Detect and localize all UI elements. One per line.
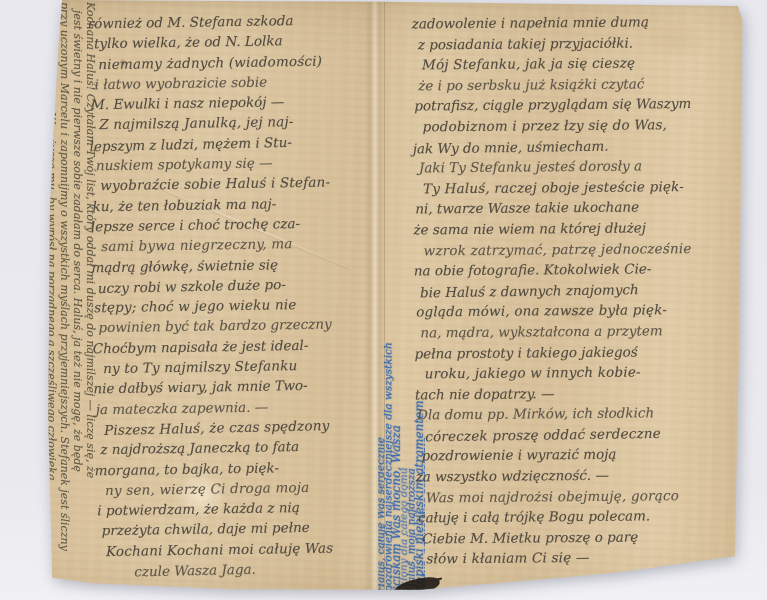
paper-shadow: Kochana Haluś! Czytałam Twój list, który…: [0, 0, 767, 600]
handwritten-line: słów i kłaniam Ci się —: [426, 547, 751, 570]
handwritten-line: pełna prostoty i takiego jakiegoś: [414, 341, 749, 365]
right-page-text: zadowolenie i napełnia mnie dumąz posiad…: [412, 12, 752, 571]
left-page-text: również od M. Stefana szkodatylko wielka…: [88, 10, 389, 583]
left-margin-vertical-text: Kochana Haluś! Czytałam Twój list, który…: [31, 2, 97, 598]
handwritten-line: całuję i całą trójkę Bogu polecam.: [418, 506, 751, 529]
handwritten-margin-line: przy uczonym Marcelu i zapomnijmy o wszy…: [58, 2, 71, 598]
scanned-letter-scene: Kochana Haluś! Czytałam Twój list, który…: [0, 0, 767, 600]
letter-paper: Kochana Haluś! Czytałam Twój list, który…: [0, 0, 767, 600]
handwritten-line: że i po serbsku już książki czytać: [418, 73, 747, 96]
handwritten-line: wzrok zatrzymać, patrzę jednocześnie: [424, 238, 749, 261]
handwritten-line: Ty Haluś, raczej oboje jesteście pięk-: [423, 176, 748, 199]
handwritten-margin-line: jest świetny i nie pierwsze sobie zadała…: [71, 10, 84, 598]
handwritten-line: na, mądra, wykształcona a przytem: [420, 320, 749, 343]
handwritten-line: zadowolenie i napełnia mnie dumą: [412, 12, 747, 36]
handwritten-line: że sama nie wiem na której dłużej: [413, 217, 748, 241]
handwritten-line: potrafisz, ciągle przyglądam się Waszym: [414, 94, 747, 117]
handwritten-margin-line: z Janeczką często się widujemy, każda je…: [32, 2, 45, 598]
blue-ink-line: ukłony dla całego domu: [401, 6, 409, 592]
handwritten-line: pozdrowienie i wyrazić moją: [421, 444, 750, 467]
handwritten-line: z posiadania takiej przyjaciółki.: [418, 32, 747, 55]
handwritten-line: uroku, jakiego w innych kobie-: [425, 362, 750, 385]
handwritten-line: ni, twarze Wasze takie ukochane: [415, 197, 748, 220]
handwritten-margin-line: i kochany, jeszcze Was życzę mu, by wyró…: [45, 10, 58, 598]
handwritten-line: Jaki Ty Stefanku jesteś dorosły a: [419, 156, 748, 179]
handwritten-line: ogląda mówi, ona zawsze była pięk-: [416, 300, 749, 323]
handwritten-line: Was moi najdrożsi obejmuję, gorąco: [426, 485, 751, 508]
handwritten-line: za wszystko wdzięczność. —: [416, 465, 751, 489]
handwritten-line: tach nie dopatrzy. —: [415, 382, 750, 406]
handwritten-line: Ciebie M. Mietku proszę o parę: [422, 526, 751, 549]
handwritten-line: Mój Stefanku, jak ja się cieszę: [422, 53, 747, 76]
